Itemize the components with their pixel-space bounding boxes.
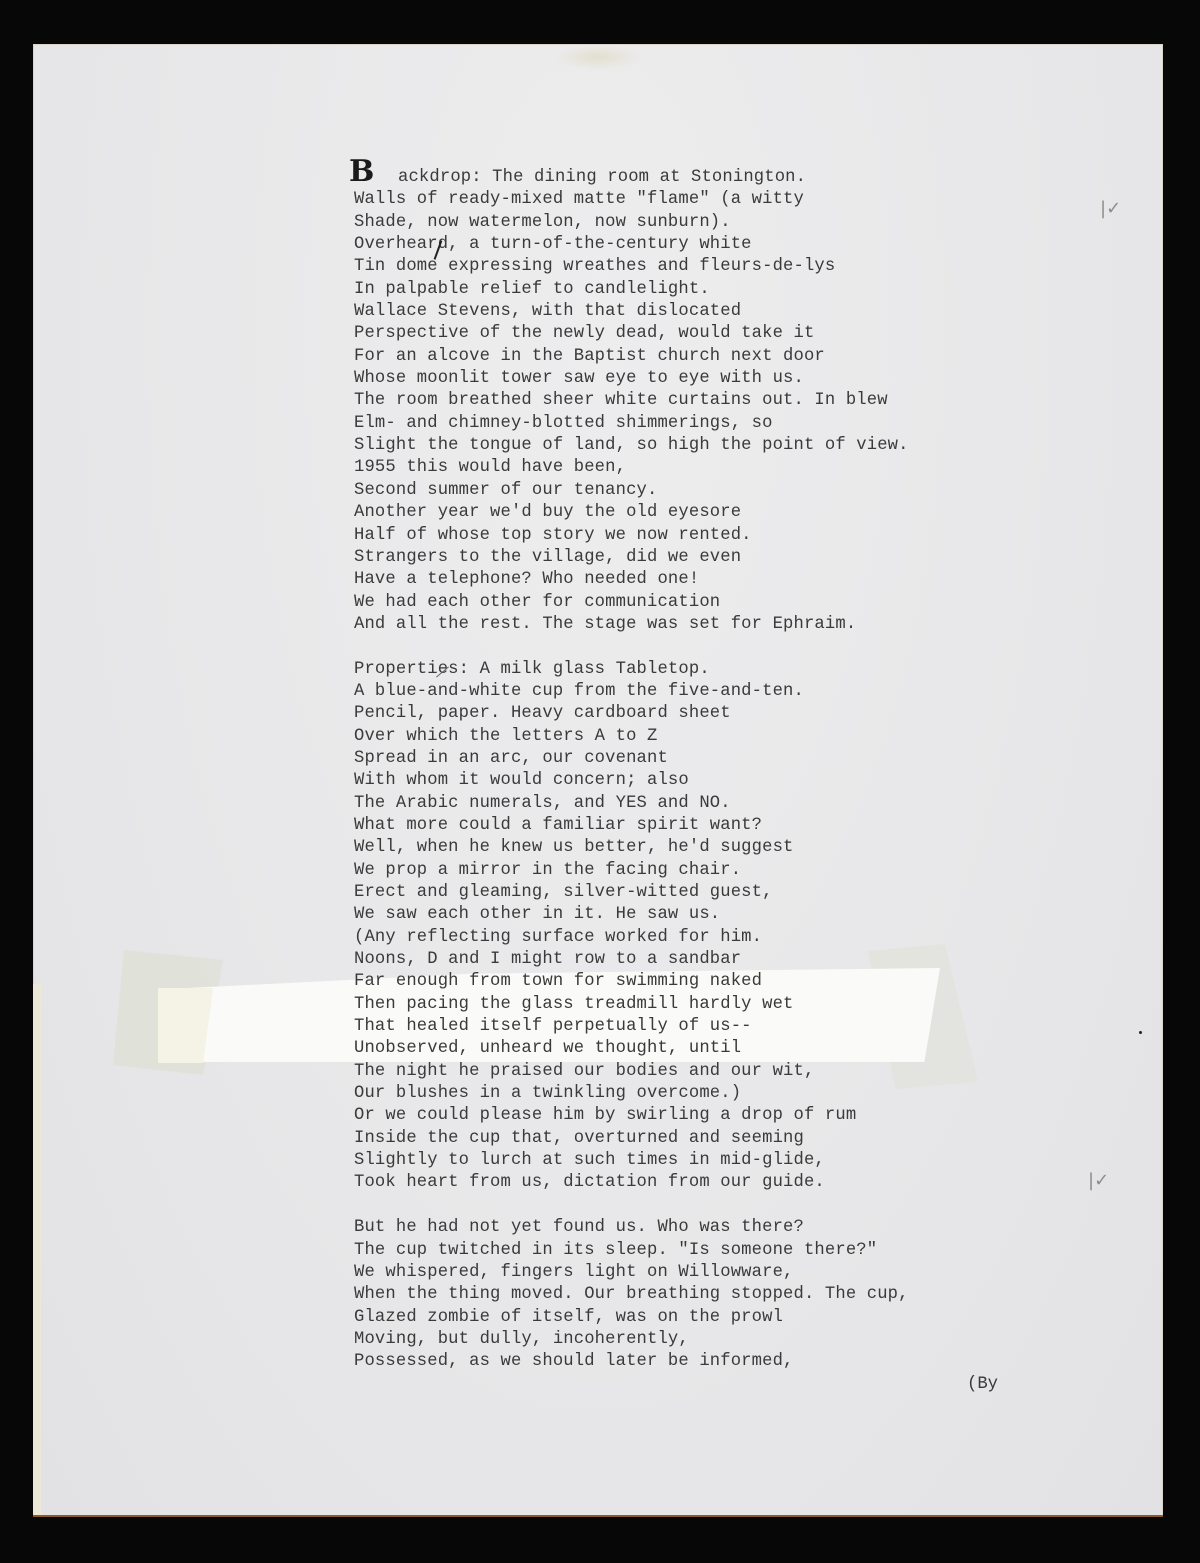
poem-line: With whom it would concern; also: [354, 770, 909, 792]
poem-line: Moving, but dully, incoherently,: [354, 1329, 909, 1351]
pencil-check-mark-icon: |✓: [1088, 1172, 1109, 1190]
poem-line: But he had not yet found us. Who was the…: [354, 1217, 909, 1239]
continuation-catchword: (By: [967, 1375, 998, 1394]
poem-line: We prop a mirror in the facing chair.: [354, 860, 909, 882]
poem-line: Erect and gleaming, silver-witted guest,: [354, 882, 909, 904]
poem-line: Elm- and chimney-blotted shimmerings, so: [354, 413, 909, 435]
poem-line: Then pacing the glass treadmill hardly w…: [354, 994, 909, 1016]
poem-line: Whose moonlit tower saw eye to eye with …: [354, 368, 909, 390]
poem-line: Half of whose top story we now rented.: [354, 525, 909, 547]
poem-line: Well, when he knew us better, he'd sugge…: [354, 837, 909, 859]
poem-line: We had each other for communication: [354, 592, 909, 614]
stanza: Properties: A milk glass Tabletop.A blue…: [354, 659, 909, 1195]
poem-line: Spread in an arc, our covenant: [354, 748, 909, 770]
poem-line: The Arabic numerals, and YES and NO.: [354, 793, 909, 815]
poem-line: For an alcove in the Baptist church next…: [354, 346, 909, 368]
poem-line: (Any reflecting surface worked for him.: [354, 927, 909, 949]
poem-line: Properties: A milk glass Tabletop.: [354, 659, 909, 681]
poem-line: The room breathed sheer white curtains o…: [354, 390, 909, 412]
page-edge-bottom: [33, 1515, 1163, 1517]
poem-line: Unobserved, unheard we thought, until: [354, 1038, 909, 1060]
poem-line: And all the rest. The stage was set for …: [354, 614, 909, 636]
poem-line: The cup twitched in its sleep. "Is someo…: [354, 1240, 909, 1262]
poem-line: Have a telephone? Who needed one!: [354, 569, 909, 591]
poem-line: What more could a familiar spirit want?: [354, 815, 909, 837]
poem-line: Wallace Stevens, with that dislocated: [354, 301, 909, 323]
poem-line: Shade, now watermelon, now sunburn).: [354, 212, 909, 234]
page-edge: [33, 984, 41, 1516]
poem-line: We saw each other in it. He saw us.: [354, 904, 909, 926]
poem-text: Backdrop: The dining room at Stonington.…: [354, 167, 909, 1396]
poem-line-text: ackdrop: The dining room at Stonington.: [398, 168, 806, 187]
poem-line: The night he praised our bodies and our …: [354, 1061, 909, 1083]
poem-line: A blue-and-white cup from the five-and-t…: [354, 681, 909, 703]
poem-line: Pencil, paper. Heavy cardboard sheet: [354, 703, 909, 725]
poem-line: Possessed, as we should later be informe…: [354, 1351, 909, 1373]
poem-line: Or we could please him by swirling a dro…: [354, 1105, 909, 1127]
poem-line: When the thing moved. Our breathing stop…: [354, 1284, 909, 1306]
poem-line: Slightly to lurch at such times in mid-g…: [354, 1150, 909, 1172]
poem-line: Glazed zombie of itself, was on the prow…: [354, 1307, 909, 1329]
poem-line: Perspective of the newly dead, would tak…: [354, 323, 909, 345]
poem-line: Backdrop: The dining room at Stonington.: [354, 167, 909, 189]
poem-line: Far enough from town for swimming naked: [354, 971, 909, 993]
ink-speck: [1139, 1031, 1142, 1034]
pencil-check-mark-icon: |✓: [1100, 200, 1121, 218]
handwritten-drop-cap: B: [349, 157, 375, 187]
poem-line: In palpable relief to candlelight.: [354, 279, 909, 301]
stanza: Backdrop: The dining room at Stonington.…: [354, 167, 909, 636]
poem-line: Slight the tongue of land, so high the p…: [354, 435, 909, 457]
poem-line: 1955 this would have been,: [354, 457, 909, 479]
paper-stain: [553, 44, 643, 70]
poem-line: Over which the letters A to Z: [354, 726, 909, 748]
poem-line: We whispered, fingers light on Willowwar…: [354, 1262, 909, 1284]
poem-line: Walls of ready-mixed matte "flame" (a wi…: [354, 189, 909, 211]
poem-line: Our blushes in a twinkling overcome.): [354, 1083, 909, 1105]
poem-line: Inside the cup that, overturned and seem…: [354, 1128, 909, 1150]
poem-line: Noons, D and I might row to a sandbar: [354, 949, 909, 971]
poem-line: Strangers to the village, did we even: [354, 547, 909, 569]
stanza: But he had not yet found us. Who was the…: [354, 1217, 909, 1373]
poem-line: Second summer of our tenancy.: [354, 480, 909, 502]
poem-line: That healed itself perpetually of us--: [354, 1016, 909, 1038]
poem-line: Another year we'd buy the old eyesore: [354, 502, 909, 524]
poem-line: Tin dome expressing wreathes and fleurs-…: [354, 256, 909, 278]
poem-line: Took heart from us, dictation from our g…: [354, 1172, 909, 1194]
